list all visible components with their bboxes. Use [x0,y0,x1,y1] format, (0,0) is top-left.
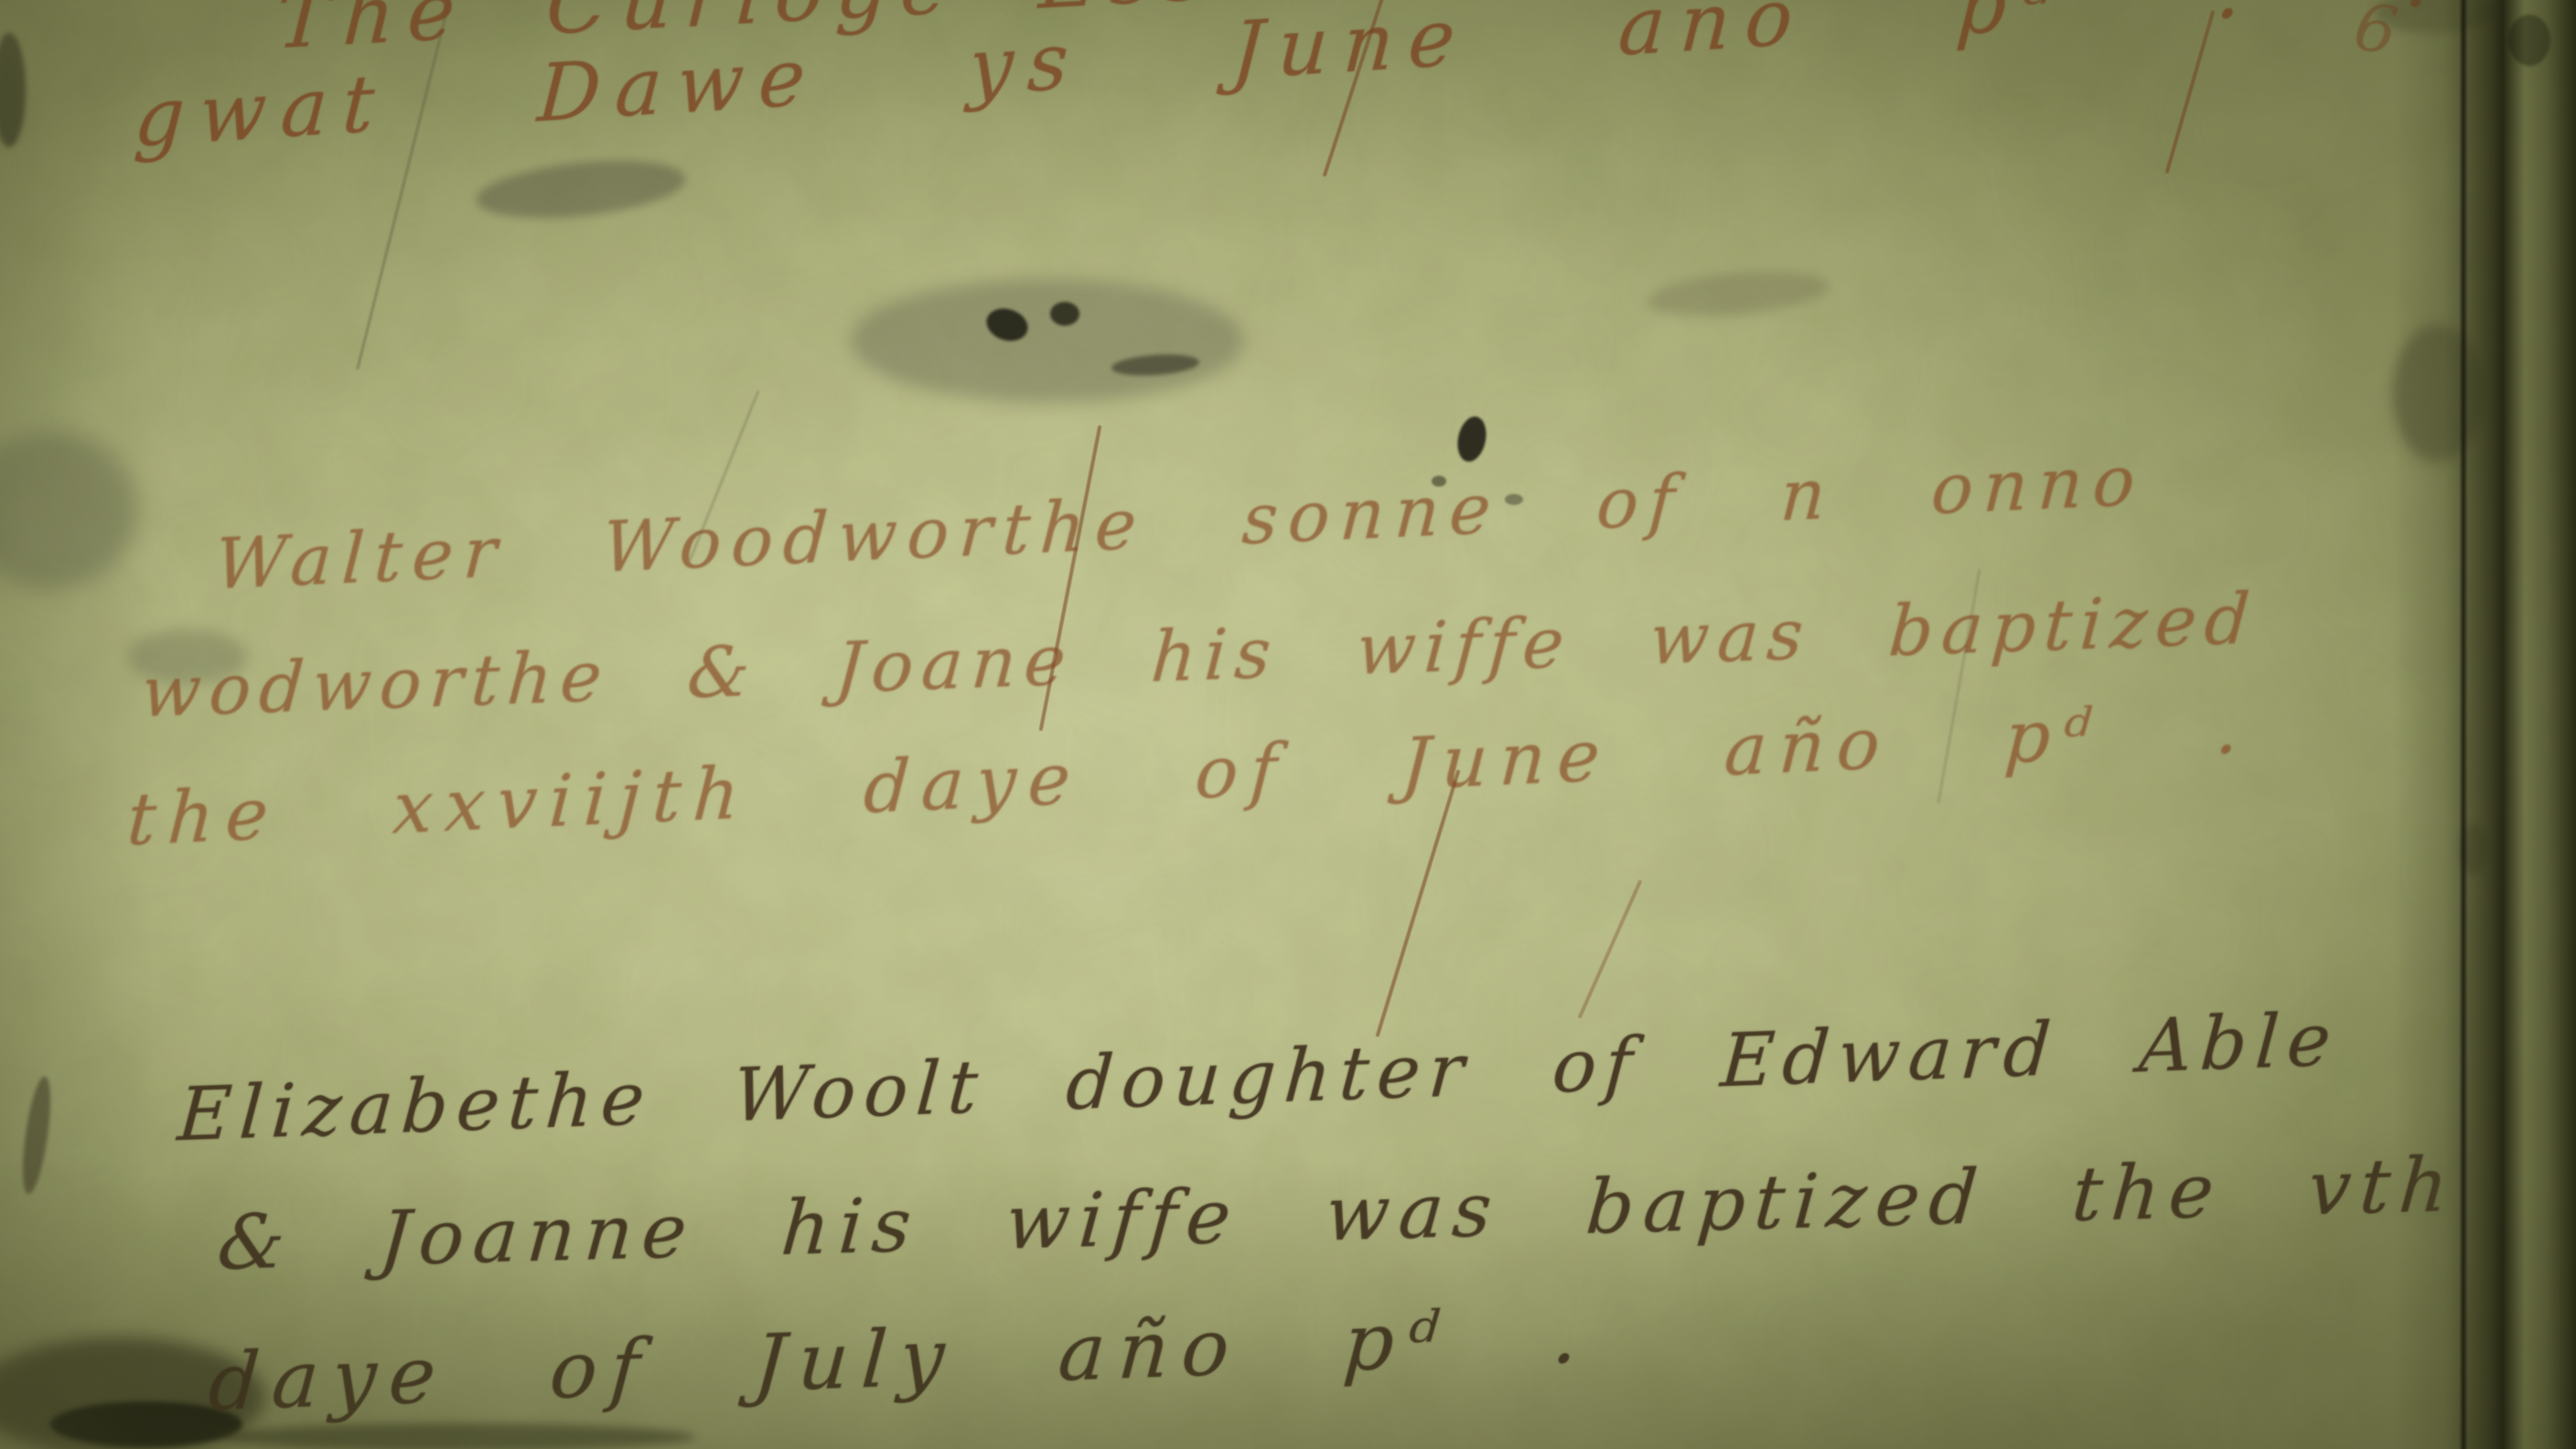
page-crease [2459,0,2468,1449]
parchment-mottling [0,0,2576,1449]
parish-register-photo: The Curloge Esse gwat Dawe ys June año p… [0,0,2576,1449]
page-gutter-shadow [2393,0,2576,1449]
